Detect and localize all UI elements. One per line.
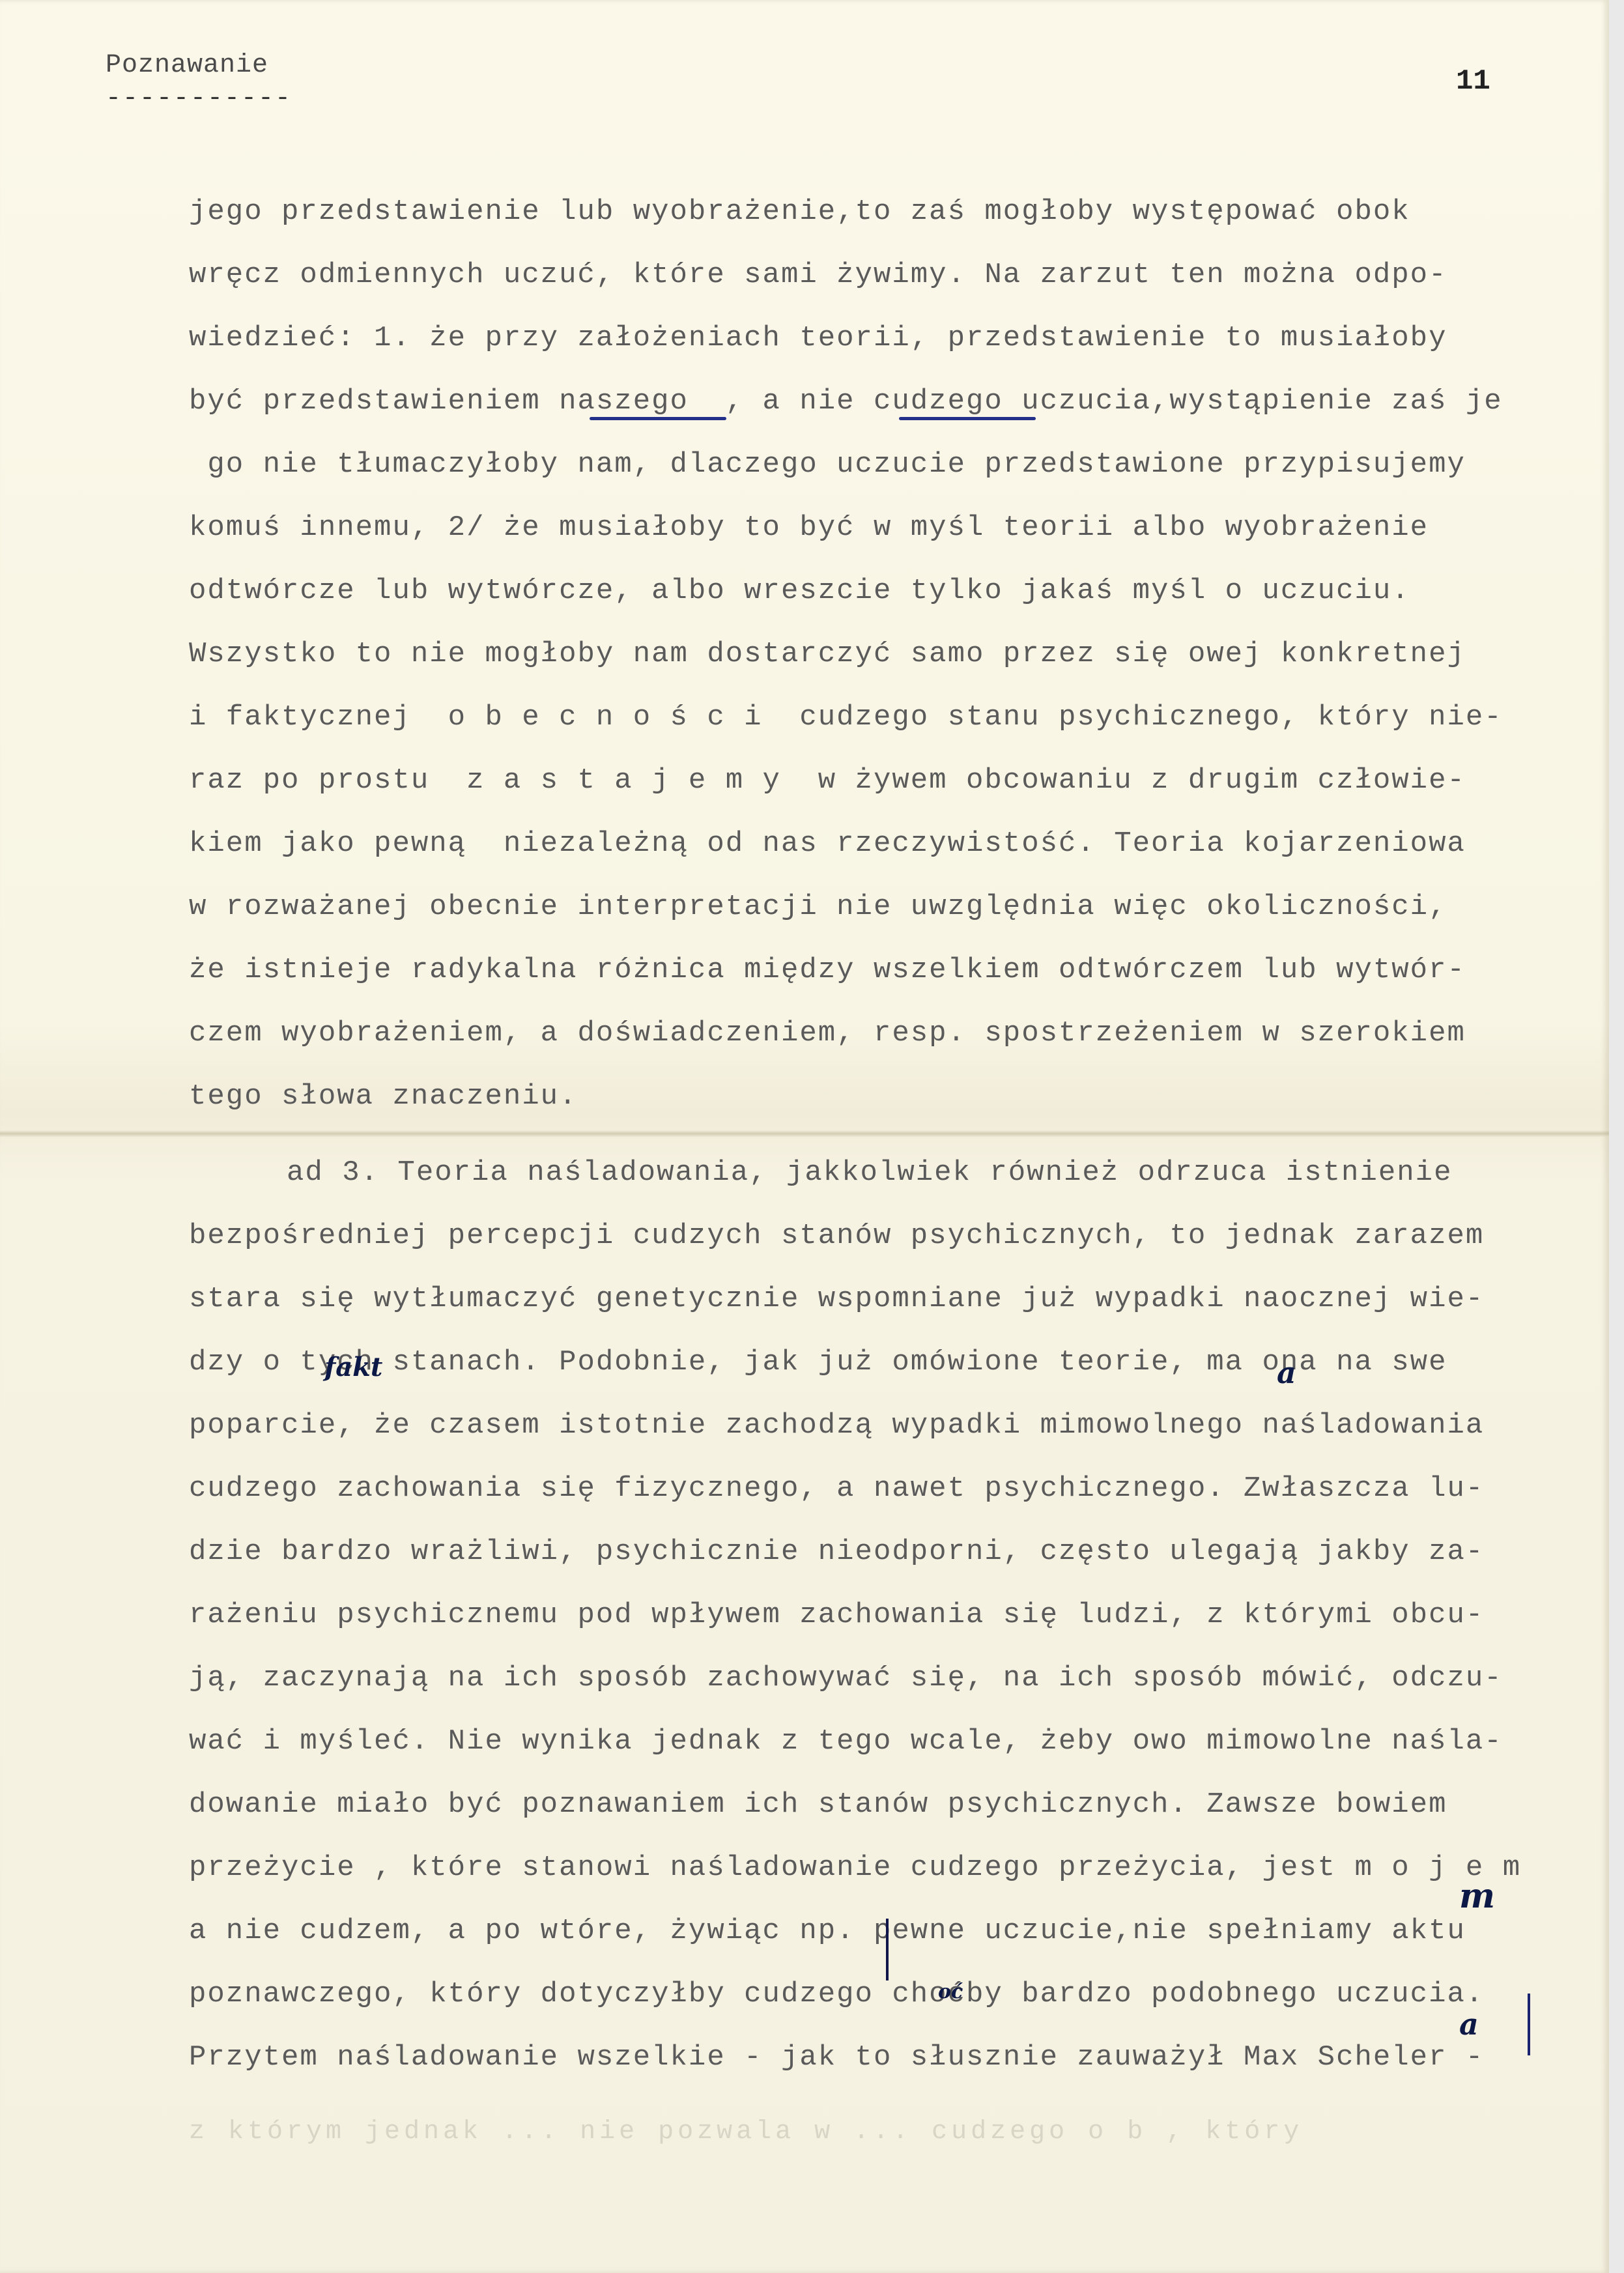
handwritten-bracket-pewne (886, 1919, 889, 1980)
text-line: poznawczego, który dotyczyłby cudzego ch… (189, 1971, 1589, 2035)
handwritten-bracket-margin (1528, 1994, 1530, 2055)
text-line: go nie tłumaczyłoby nam, dlaczego uczuci… (189, 442, 1589, 505)
text-line: Przytem naśladowanie wszelkie - jak to s… (189, 2035, 1589, 2098)
text-line: cudzego zachowania się fizycznego, a naw… (189, 1466, 1589, 1529)
text-line: wręcz odmiennych uczuć, które sami żywim… (189, 252, 1589, 315)
running-header: Poznawanie ----------- (106, 51, 292, 113)
text-line: ad 3. Teoria naśladowania, jakkolwiek ró… (189, 1150, 1589, 1213)
text-line: komuś innemu, 2/ że musiałoby to być w m… (189, 505, 1589, 568)
text-line: raz po prostu z a s t a j e m y w żywem … (189, 758, 1589, 821)
text-line: że istnieje radykalna różnica między wsz… (189, 947, 1589, 1010)
text-line: w rozważanej obecnie interpretacji nie u… (189, 884, 1589, 947)
text-line: bezpośredniej percepcji cudzych stanów p… (189, 1213, 1589, 1276)
text-line: poparcie, że czasem istotnie zachodzą wy… (189, 1403, 1589, 1466)
handwritten-margin-m: m (1459, 1876, 1495, 1916)
text-line: a nie cudzem, a po wtóre, żywiąc np. pew… (189, 1908, 1589, 1971)
text-line: dzy o tych stanach. Podobnie, jak już om… (189, 1339, 1589, 1403)
handwritten-correction-ma: a (1277, 1355, 1296, 1390)
text-line: wiedzieć: 1. że przy założeniach teorii,… (189, 315, 1589, 379)
underline-cudzego (899, 417, 1036, 420)
text-line: rażeniu psychicznemu pod wpływem zachowa… (189, 1592, 1589, 1655)
text-line: być przedstawieniem naszego , a nie cudz… (189, 379, 1589, 442)
header-underline: ----------- (106, 84, 292, 113)
text-line: ją, zaczynają na ich sposób zachowywać s… (189, 1655, 1589, 1719)
text-line: czem wyobrażeniem, a doświadczeniem, res… (189, 1010, 1589, 1074)
scan-edge (1609, 0, 1624, 2273)
text-line: przeżycie , które stanowi naśladowanie c… (189, 1845, 1589, 1908)
handwritten-insert-fakt: fakt (324, 1352, 382, 1382)
text-line: dzie bardzo wrażliwi, psychicznie nieodp… (189, 1529, 1589, 1592)
typewritten-body: jego przedstawienie lub wyobrażenie,to z… (189, 189, 1589, 2098)
text-line: tego słowa znaczeniu. (189, 1074, 1589, 1137)
text-line: i faktycznej o b e c n o ś c i cudzego s… (189, 694, 1589, 758)
handwritten-correction-uczucia: a (1459, 2007, 1479, 2042)
header-title: Poznawanie (106, 51, 268, 80)
text-line: odtwórcze lub wytwórcze, albo wreszcie t… (189, 568, 1589, 631)
text-line: stara się wytłumaczyć genetycznie wspomn… (189, 1276, 1589, 1339)
page-number: 11 (1456, 65, 1490, 98)
underline-naszego (590, 417, 726, 420)
text-line: Wszystko to nie mogłoby nam dostarczyć s… (189, 631, 1589, 694)
bleed-through-text: z którym jednak ... nie pozwala w ... cu… (189, 2117, 1303, 2147)
text-line: jego przedstawienie lub wyobrażenie,to z… (189, 189, 1589, 252)
paragraph-break (189, 1137, 1589, 1150)
text-line: wać i myśleć. Nie wynika jednak z tego w… (189, 1719, 1589, 1782)
text-line: kiem jako pewną niezależną od nas rzeczy… (189, 821, 1589, 884)
text-line: dowanie miało być poznawaniem ich stanów… (189, 1782, 1589, 1845)
handwritten-insert-oc: oć (938, 1980, 963, 2003)
